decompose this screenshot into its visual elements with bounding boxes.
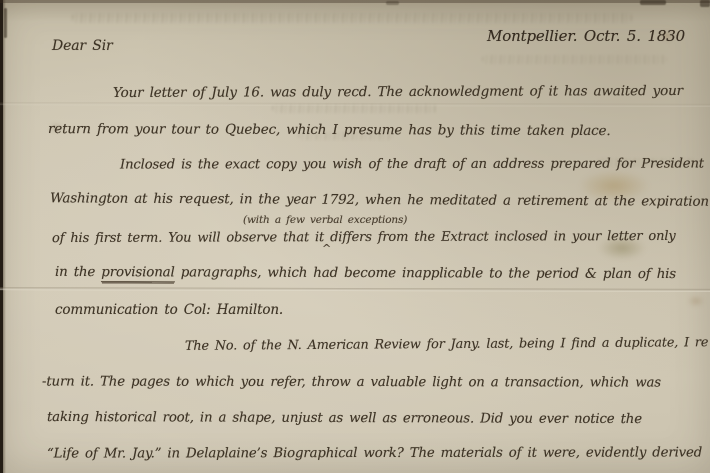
page-left-edge — [0, 0, 3, 473]
page-top-edge — [0, 0, 710, 3]
salutation: Dear Sir — [52, 38, 113, 54]
letter-line: of his first term. You will observe that… — [52, 229, 676, 246]
letter-line: return from your tour to Quebec, which I… — [48, 121, 611, 139]
letter-line: Your letter of July 16. was duly recd. T… — [113, 83, 683, 101]
dateline: Montpellier. Octr. 5. 1830 — [487, 27, 685, 45]
letter-line: The No. of the N. American Review for Ja… — [185, 335, 708, 354]
letter-line: Washington at his request, in the year 1… — [50, 191, 709, 209]
letter-line: Inclosed is the exact copy you wish of t… — [120, 156, 704, 172]
letter-line: taking historical root, in a shape, unju… — [47, 410, 642, 427]
edge-mark — [640, 0, 666, 5]
edge-mark — [700, 0, 710, 7]
edge-mark — [4, 8, 7, 38]
underlined-word: provisional — [101, 265, 174, 282]
letter-line: -turn it. The pages to which you refer, … — [42, 374, 661, 390]
letter-line: “Life of Mr. Jay.” in Delaplaine’s Biogr… — [47, 445, 702, 461]
interlinear-insertion: (with a few verbal exceptions) — [243, 214, 407, 226]
bleedthrough-text — [72, 13, 632, 23]
edge-mark — [386, 1, 399, 5]
fold-crease — [0, 287, 710, 292]
paper-stain — [688, 296, 704, 306]
letter-page: Dear Sir Montpellier. Octr. 5. 1830 (wit… — [0, 0, 710, 473]
letter-line: communication to Col: Hamilton. — [55, 302, 283, 318]
bleedthrough-text — [482, 55, 667, 64]
letter-line: in the provisional paragraphs, which had… — [55, 265, 676, 282]
